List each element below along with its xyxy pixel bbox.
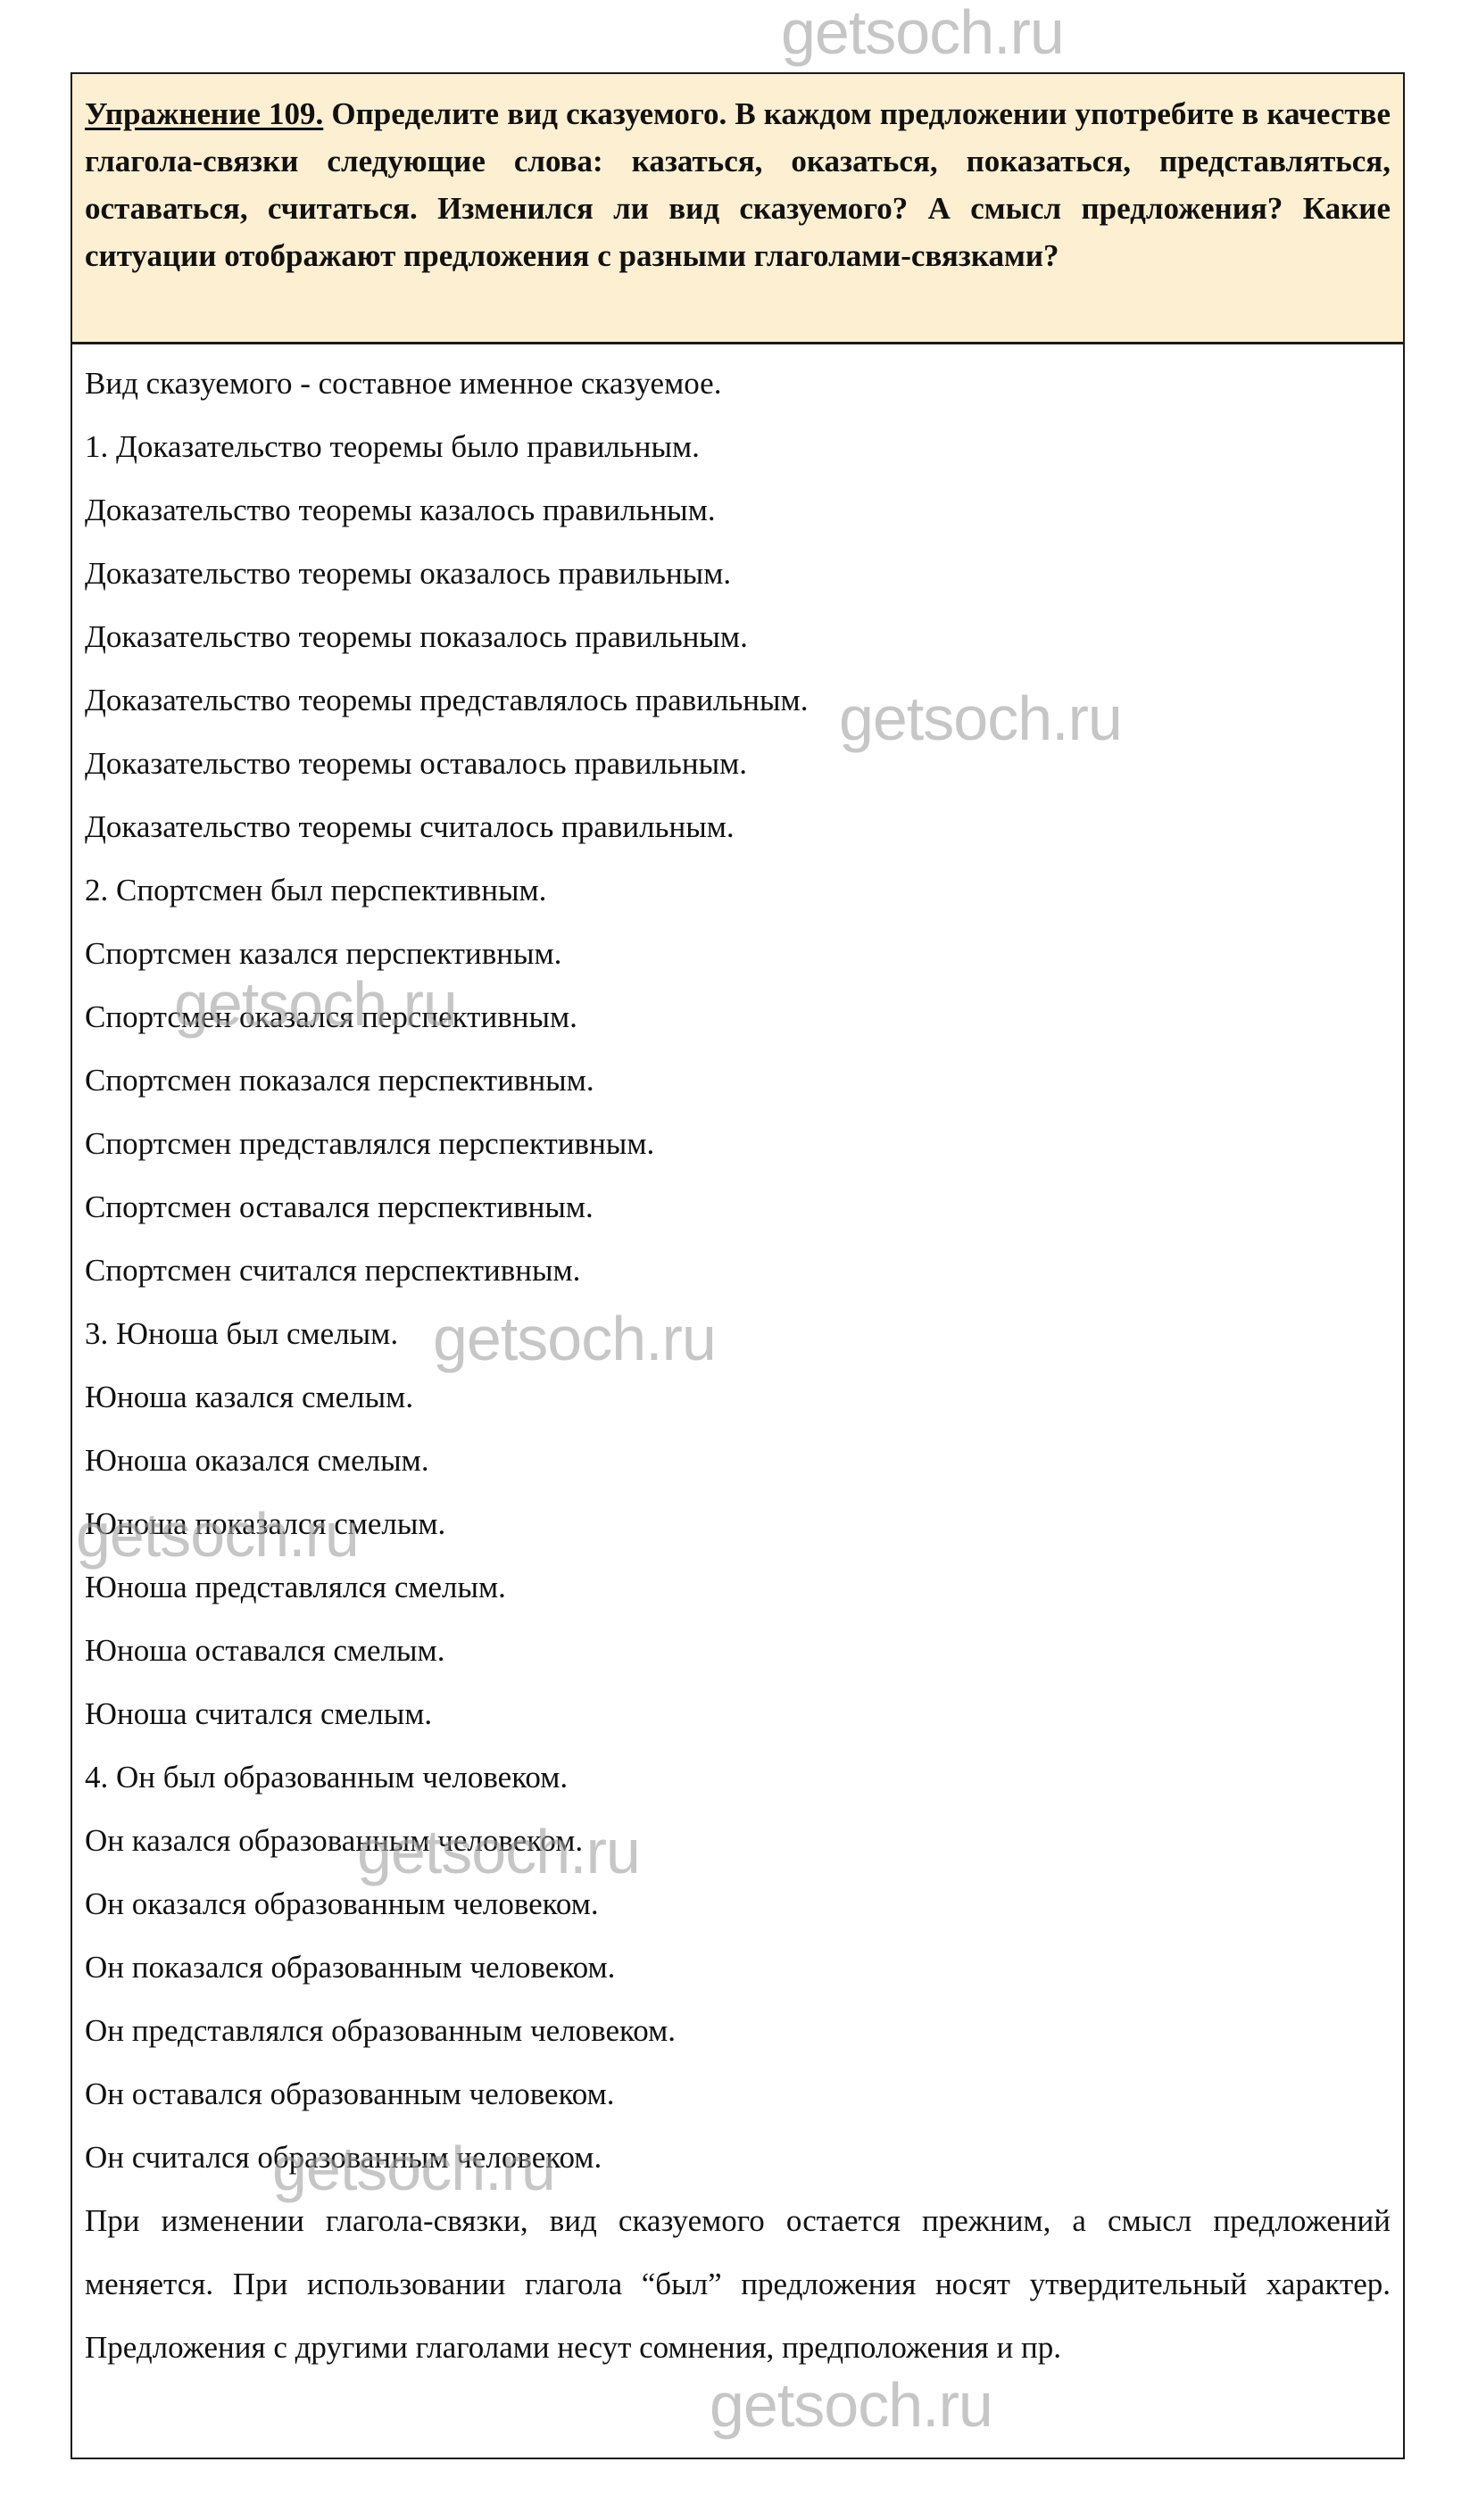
answer-line: Юноша казался смелым. (85, 1365, 1391, 1429)
answer-line: Он оказался образованным человеком. (85, 1872, 1391, 1936)
answer-section: Вид сказуемого - составное именное сказу… (72, 344, 1403, 2379)
answer-line: Доказательство теоремы показалось правил… (85, 605, 1391, 668)
answer-line: Спортсмен оказался перспективным. (85, 985, 1391, 1049)
answer-line: Спортсмен показался перспективным. (85, 1049, 1391, 1112)
answer-lines: Вид сказуемого - составное именное сказу… (85, 352, 1391, 2189)
exercise-card: Упражнение 109. Определите вид сказуемог… (71, 72, 1405, 2459)
answer-line: Доказательство теоремы считалось правиль… (85, 795, 1391, 858)
answer-line: 2. Спортсмен был перспективным. (85, 858, 1391, 922)
answer-line: Он оставался образованным человеком. (85, 2062, 1391, 2126)
watermark: getsoch.ru (781, 0, 1064, 68)
answer-line: Доказательство теоремы представлялось пр… (85, 668, 1391, 732)
answer-line: 4. Он был образованным человеком. (85, 1745, 1391, 1809)
answer-line: Он казался образованным человеком. (85, 1809, 1391, 1872)
answer-line: 1. Доказательство теоремы было правильны… (85, 415, 1391, 478)
answer-line: 3. Юноша был смелым. (85, 1302, 1391, 1365)
exercise-number: Упражнение 109. (85, 96, 323, 131)
answer-line: Юноша показался смелым. (85, 1492, 1391, 1555)
exercise-prompt-box: Упражнение 109. Определите вид сказуемог… (72, 74, 1403, 344)
answer-line: Доказательство теоремы оставалось правил… (85, 732, 1391, 795)
answer-line: Юноша оставался смелым. (85, 1619, 1391, 1682)
answer-line: Вид сказуемого - составное именное сказу… (85, 352, 1391, 415)
answer-line: Доказательство теоремы оказалось правиль… (85, 542, 1391, 605)
answer-line: Юноша оказался смелым. (85, 1429, 1391, 1492)
answer-line: Юноша считался смелым. (85, 1682, 1391, 1745)
answer-line: Он показался образованным человеком. (85, 1936, 1391, 1999)
answer-line: Доказательство теоремы казалось правильн… (85, 478, 1391, 542)
answer-line: Он считался образованным человеком. (85, 2126, 1391, 2189)
answer-line: Спортсмен казался перспективным. (85, 922, 1391, 985)
answer-conclusion: При изменении глагола-связки, вид сказуе… (85, 2189, 1391, 2379)
answer-line: Спортсмен считался перспективным. (85, 1239, 1391, 1302)
answer-line: Юноша представлялся смелым. (85, 1555, 1391, 1619)
answer-line: Спортсмен оставался перспективным. (85, 1175, 1391, 1239)
answer-line: Спортсмен представлялся перспективным. (85, 1112, 1391, 1175)
answer-line: Он представлялся образованным человеком. (85, 1999, 1391, 2062)
